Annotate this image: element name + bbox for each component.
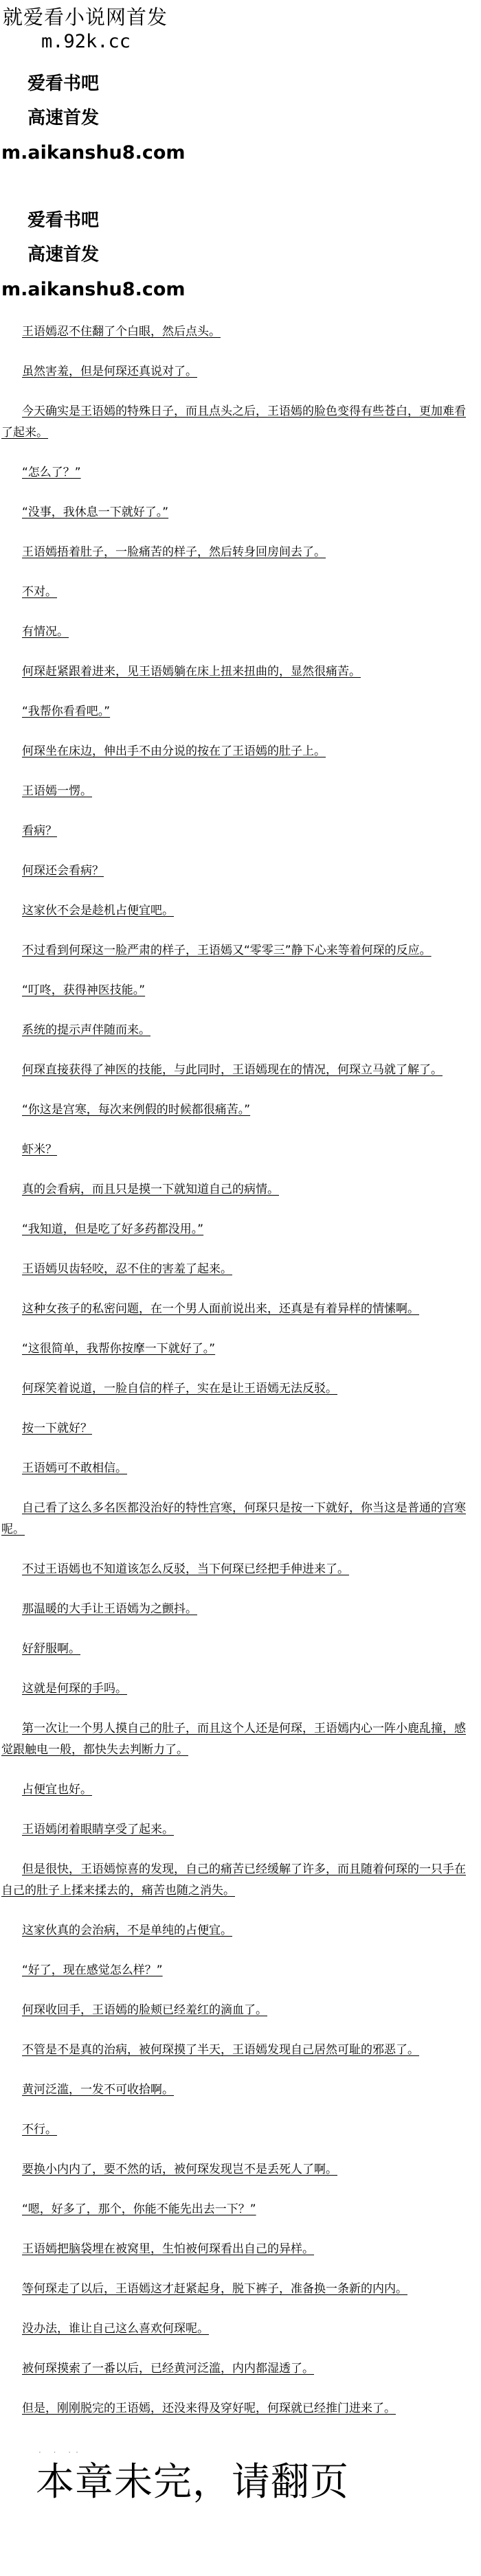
novel-paragraph: 王语嫣忍不住翻了个白眼，然后点头。 — [1, 321, 477, 343]
novel-paragraph: 不行。 — [1, 2119, 477, 2141]
novel-paragraph: 那温暖的大手让王语嫣为之颤抖。 — [1, 1599, 477, 1620]
novel-paragraph: 王语嫣贝齿轻咬，忍不住的害羞了起来。 — [1, 1259, 477, 1280]
novel-paragraph: “嗯，好多了，那个，你能不能先出去一下？” — [1, 2199, 477, 2220]
watermark-site-title: 就爱看小说网首发 — [3, 5, 481, 29]
novel-paragraph: “这很简单，我帮你按摩一下就好了。” — [1, 1338, 477, 1360]
novel-paragraph: 第一次让一个男人摸自己的肚子，而且这个人还是何琛，王语嫣内心一阵小鹿乱撞，感觉跟… — [1, 1718, 477, 1761]
novel-paragraph: 但是很快，王语嫣惊喜的发现，自己的痛苦已经缓解了许多，而且随着何琛的一只手在自己… — [1, 1859, 477, 1902]
novel-paragraph: “你这是宫寒，每次来例假的时候都很痛苦。” — [1, 1099, 477, 1121]
novel-paragraph: 按一下就好？ — [1, 1418, 477, 1439]
novel-paragraph: 虾米？ — [1, 1139, 477, 1161]
novel-paragraph: 这就是何琛的手吗。 — [1, 1678, 477, 1700]
novel-paragraph: 不对。 — [1, 582, 477, 603]
novel-paragraph: 被何琛摸索了一番以后，已经黄河泛滥，内内都湿透了。 — [1, 2358, 477, 2380]
novel-paragraph: 等何琛走了以后，王语嫣这才赶紧起身，脱下裤子，准备换一条新的内内。 — [1, 2279, 477, 2300]
watermark-artifact-dots: · · ·· — [38, 2448, 481, 2457]
novel-paragraph: “没事，我休息一下就好了。” — [1, 502, 477, 523]
novel-paragraph: “好了，现在感觉怎么样？” — [1, 1960, 477, 1981]
novel-paragraph: “叮咚，获得神医技能。” — [1, 980, 477, 1001]
novel-paragraph: 何琛收回手，王语嫣的脸颊已经羞红的滴血了。 — [1, 2000, 477, 2021]
promo-block: 爱看书吧 高速首发 m.aikanshu8.com — [0, 74, 481, 163]
novel-paragraph: 王语嫣把脑袋埋在被窝里，生怕被何琛看出自己的异样。 — [1, 2239, 477, 2260]
novel-paragraph: 没办法，谁让自己这么喜欢何琛呢。 — [1, 2318, 477, 2340]
novel-paragraph: 何琛赶紧跟着进来，见王语嫣躺在床上扭来扭曲的，显然很痛苦。 — [1, 661, 477, 683]
novel-paragraph: 这家伙不会是趁机占便宜吧。 — [1, 900, 477, 922]
novel-paragraph: 系统的提示声伴随而来。 — [1, 1020, 477, 1041]
page-turn-notice: 本章未完，请翻页 — [36, 2461, 481, 2505]
novel-paragraph: 何琛直接获得了神医的技能，与此同时，王语嫣现在的情况，何琛立马就了解了。 — [1, 1060, 477, 1081]
novel-paragraph: 占便宜也好。 — [1, 1779, 477, 1801]
novel-paragraph: 王语嫣一愣。 — [1, 781, 477, 802]
novel-paragraph: 有情况。 — [1, 622, 477, 643]
novel-paragraph: 要换小内内了，要不然的话，被何琛发现岂不是丢死人了啊。 — [1, 2159, 477, 2180]
novel-paragraph: 看病？ — [1, 821, 477, 842]
novel-paragraph: “我知道，但是吃了好多药都没用。” — [1, 1219, 477, 1240]
promo-tagline: 高速首发 — [27, 109, 481, 128]
novel-paragraph: 好舒服啊。 — [1, 1639, 477, 1660]
novel-paragraph: “怎么了？” — [1, 462, 477, 483]
novel-paragraph: 黄河泛滥，一发不可收拾啊。 — [1, 2079, 477, 2101]
novel-paragraph: 不管是不是真的治病，被何琛摸了半天，王语嫣发现自己居然可耻的邪恶了。 — [1, 2040, 477, 2061]
novel-paragraph: 王语嫣捂着肚子，一脸痛苦的样子，然后转身回房间去了。 — [1, 542, 477, 563]
novel-paragraph: 王语嫣可不敢相信。 — [1, 1458, 477, 1479]
promo-blocks: 爱看书吧 高速首发 m.aikanshu8.com 爱看书吧 高速首发 m.ai… — [0, 74, 481, 299]
novel-paragraph: 虽然害羞，但是何琛还真说对了。 — [1, 361, 477, 383]
novel-paragraph: 不过王语嫣也不知道该怎么反驳，当下何琛已经把手伸进来了。 — [1, 1559, 477, 1580]
novel-paragraph: 不过看到何琛这一脸严肃的样子，王语嫣又“零零三”静下心来等着何琛的反应。 — [1, 940, 477, 961]
novel-paragraph: “我帮你看看吧。” — [1, 701, 477, 722]
page: 就爱看小说网首发 m.92k.cc 爱看书吧 高速首发 m.aikanshu8.… — [0, 5, 481, 2505]
promo-site-name: 爱看书吧 — [27, 74, 481, 93]
promo-tagline: 高速首发 — [27, 245, 481, 264]
novel-paragraph: 何琛坐在床边，伸出手不由分说的按在了王语嫣的肚子上。 — [1, 741, 477, 762]
promo-block: 爱看书吧 高速首发 m.aikanshu8.com — [0, 211, 481, 299]
novel-paragraph: 何琛笑着说道，一脸自信的样子，实在是让王语嫣无法反驳。 — [1, 1378, 477, 1400]
novel-paragraph: 但是，刚刚脱完的王语嫣，还没来得及穿好呢，何琛就已经推门进来了。 — [1, 2398, 477, 2419]
novel-paragraph: 这种女孩子的私密问题，在一个男人面前说出来，还真是有着异样的情愫啊。 — [1, 1299, 477, 1320]
novel-paragraph: 王语嫣闭着眼睛享受了起来。 — [1, 1819, 477, 1840]
novel-body: 王语嫣忍不住翻了个白眼，然后点头。 虽然害羞，但是何琛还真说对了。 今天确实是王… — [0, 321, 481, 2419]
novel-paragraph: 自己看了这么多名医都没治好的特性宫寒，何琛只是按一下就好，你当这是普通的宫寒呢。 — [1, 1498, 477, 1540]
watermark-site-url: m.92k.cc — [41, 32, 481, 52]
promo-site-name: 爱看书吧 — [27, 211, 481, 230]
novel-paragraph: 今天确实是王语嫣的特殊日子，而且点头之后，王语嫣的脸色变得有些苍白，更加难看了起… — [1, 401, 477, 444]
promo-site-url: m.aikanshu8.com — [1, 143, 481, 163]
novel-paragraph: 这家伙真的会治病，不是单纯的占便宜。 — [1, 1920, 477, 1941]
novel-paragraph: 真的会看病，而且只是摸一下就知道自己的病情。 — [1, 1179, 477, 1200]
promo-site-url: m.aikanshu8.com — [1, 280, 481, 299]
novel-paragraph: 何琛还会看病？ — [1, 860, 477, 882]
